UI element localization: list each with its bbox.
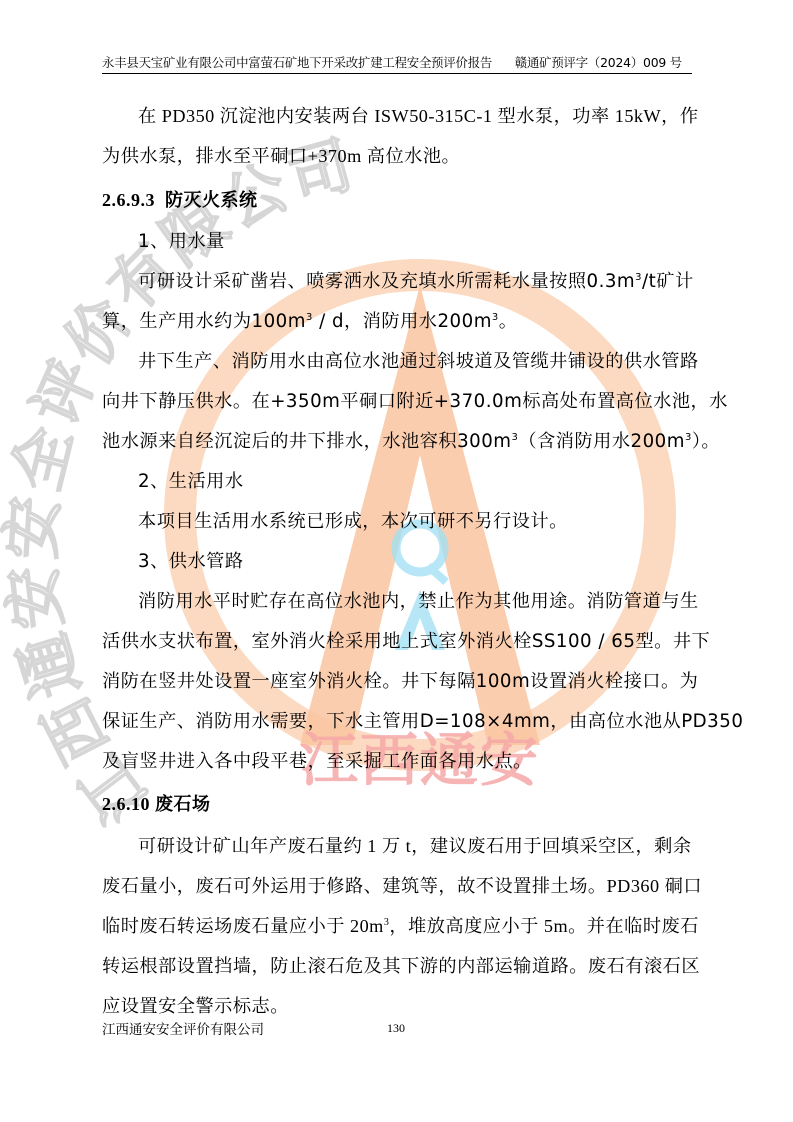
page-number: 130 [387, 1018, 405, 1038]
paragraph-line: 为供水泵，排水至平硐口+370m 高位水池。 [102, 144, 460, 168]
section-title: 废石场 [155, 794, 211, 815]
section-heading-2-6-10: 2.6.10 废石场 [102, 792, 211, 816]
paragraph-line: 废石量小，废石可外运用于修路、建筑等，故不设置排土场。PD360 硐口 [102, 874, 702, 898]
subsection-label: 2、生活用水 [138, 470, 244, 494]
paragraph-line: 井下生产、消防用水由高位水池通过斜坡道及管缆井铺设的供水管路 [138, 350, 699, 374]
paragraph-line: 可研设计采矿凿岩、喷雾洒水及充填水所需耗水量按照0.3m3/t矿计 [138, 270, 694, 294]
paragraph-line: 算，生产用水约为100m3 / d，消防用水200m3。 [102, 310, 518, 334]
section-number: 2.6.9.3 [102, 190, 155, 210]
paragraph-line: 可研设计矿山年产废石量约 1 万 t，建议废石用于回填采空区，剩余 [138, 834, 692, 858]
section-heading-2-6-9-3: 2.6.9.3 防灭火系统 [102, 188, 258, 212]
paragraph-line: 临时废石转运场废石量应小于 20m3，堆放高度应小于 5m。并在临时废石 [102, 914, 699, 938]
document-number: 赣通矿预评字（2024）009 号 [515, 55, 682, 71]
paragraph-line: 应设置安全警示标志。 [102, 994, 289, 1018]
footer-company: 江西通安安全评价有限公司 [102, 1020, 264, 1040]
section-number: 2.6.10 [102, 794, 150, 814]
report-title: 永丰县天宝矿业有限公司中富萤石矿地下开采改扩建工程安全预评价报告 [102, 55, 492, 71]
page-footer: 江西通安安全评价有限公司 130 [102, 1020, 692, 1040]
paragraph-line: 本项目生活用水系统已形成，本次可研不另行设计。 [138, 510, 568, 534]
paragraph-line: 及盲竖井进入各中段平巷，至采掘工作面各用水点。 [102, 750, 532, 774]
subsection-label: 3、供水管路 [138, 550, 244, 574]
paragraph-line: 活供水支状布置，室外消火栓采用地上式室外消火栓SS100 / 65型。井下 [102, 630, 710, 654]
paragraph-line: 转运根部设置挡墙，防止滚石危及其下游的内部运输道路。废石有滚石区 [102, 954, 700, 978]
paragraph-line: 消防在竖井处设置一座室外消火栓。井下每隔100m设置消火栓接口。为 [102, 670, 698, 694]
paragraph-line: 保证生产、消防用水需要，下水主管用D=108×4mm，由高位水池从PD350 [102, 710, 743, 734]
paragraph-line: 消防用水平时贮存在高位水池内，禁止作为其他用途。消防管道与生 [138, 590, 699, 614]
document-page: 江西通安 江西通安安全评价有限公司 永丰县天宝矿业有限公司中富萤石矿地下开采改扩… [0, 0, 793, 1122]
paragraph-line: 在 PD350 沉淀池内安装两台 ISW50-315C-1 型水泵，功率 15k… [138, 104, 699, 128]
paragraph-line: 向井下静压供水。在+350m平硐口附近+370.0m标高处布置高位水池，水 [102, 390, 728, 414]
section-title: 防灭火系统 [165, 190, 258, 211]
paragraph-line: 池水源来自经沉淀后的井下排水，水池容积300m3（含消防用水200m3）。 [102, 430, 720, 454]
page-header: 永丰县天宝矿业有限公司中富萤石矿地下开采改扩建工程安全预评价报告 赣通矿预评字（… [102, 55, 692, 74]
subsection-label: 1、用水量 [138, 230, 225, 254]
